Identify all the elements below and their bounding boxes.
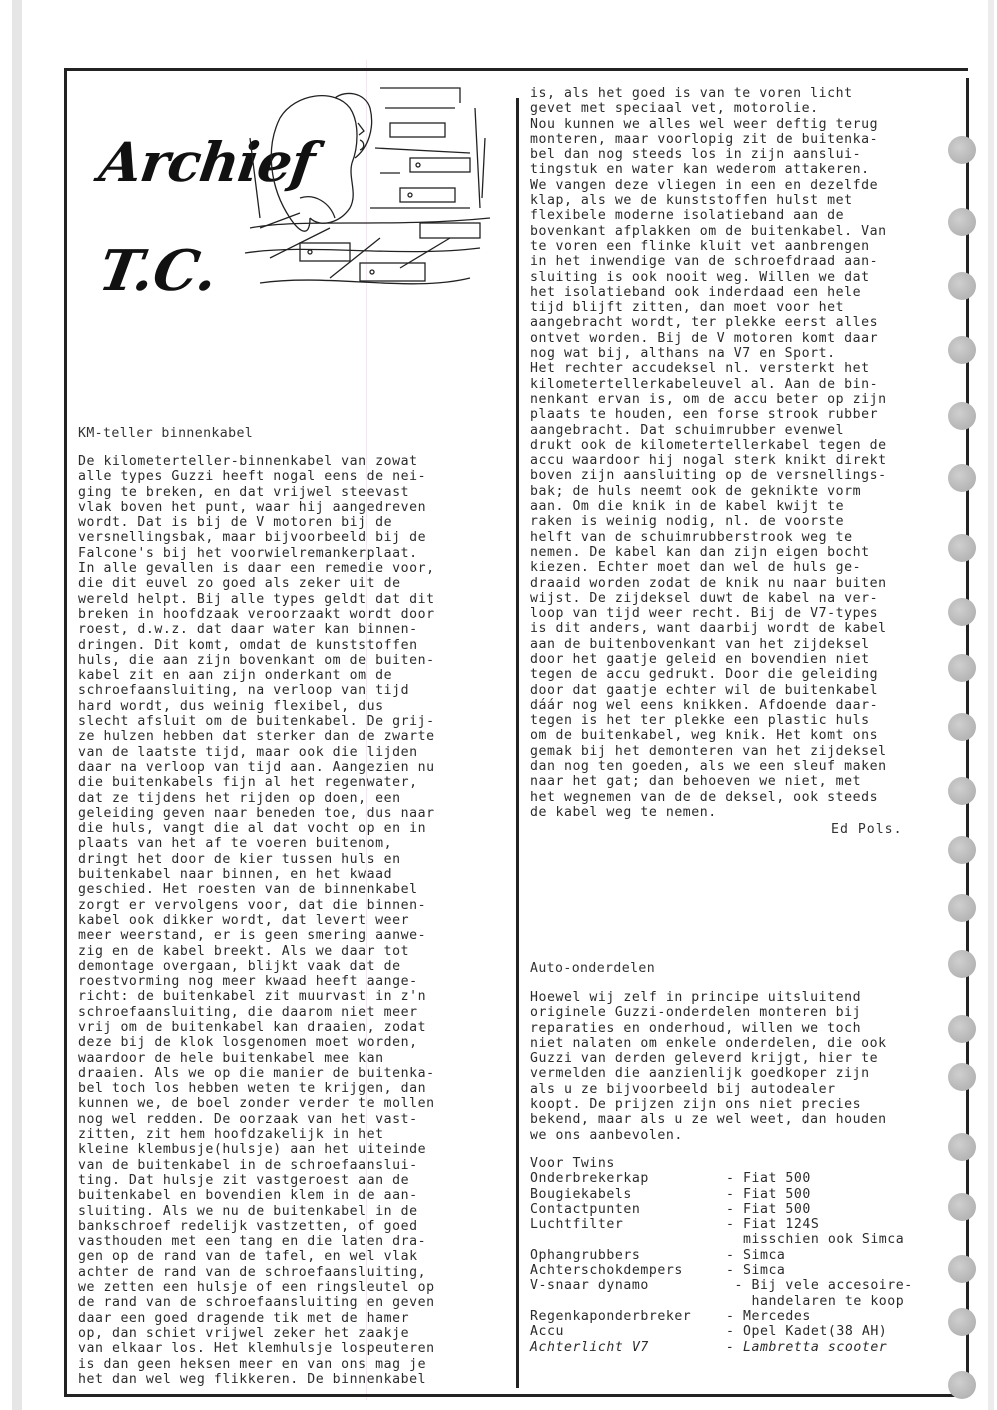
binder-hole-icon [948,836,976,864]
binder-hole-icon [948,1063,976,1091]
text-line: ontvet worden. Bij de V motoren komt daa… [530,331,960,346]
text-line: geschied. Het roesten van de binnenkabel [78,882,512,897]
binder-hole-icon [948,272,976,300]
text-line: is, als het goed is van te voren licht [530,86,960,101]
article-km-teller-right-column: is, als het goed is van te voren lichtge… [530,86,960,820]
parts-list: Voor Twins Onderbrekerkap- Fiat 500Bougi… [530,1156,913,1355]
text-line: Falcone's bij het voorwielremankerplaat. [78,546,512,561]
part-name: Bougiekabels [530,1187,726,1202]
text-line: gemak bij het demonteren van het zijdeks… [530,744,960,759]
text-line: we zetten een hulsje of een ringsleutel … [78,1280,512,1295]
text-line: Nou kunnen we alles wel weer deftig teru… [530,117,960,132]
text-line: loop van tijd weer recht. Bij de V7-type… [530,606,960,621]
parts-row: Onderbrekerkap- Fiat 500 [530,1171,913,1186]
text-line: originele Guzzi-onderdelen monteren bij [530,1005,960,1020]
text-line: vermelden die aanzienlijk goedkoper zijn [530,1066,960,1081]
text-line: kilometertellerkabeleuvel al. Aan de bin… [530,377,960,392]
text-line: wereld helpt. Bij alle types geldt dat d… [78,592,512,607]
text-line: bankschroef redelijk vastzetten, of goed [78,1219,512,1234]
binder-hole-icon [948,402,976,430]
text-line: De kilometerteller-binnenkabel van zowat [78,454,512,469]
parts-row: misschien ook Simca [530,1232,913,1247]
page-edge-right [988,0,994,1410]
text-line: de kabel weg te nemen. [530,805,960,820]
text-line: In alle gevallen is daar een remedie voo… [78,561,512,576]
parts-row: Ophangrubbers- Simca [530,1248,913,1263]
binder-hole-icon [948,1193,976,1221]
text-line: gen op de rand van de tafel, en wel vlak [78,1249,512,1264]
part-source: - Simca [726,1263,785,1278]
part-source: - Opel Kadet(38 AH) [726,1324,887,1339]
text-line: van de laatste tijd, maar ook die lijden [78,745,512,760]
article-heading-auto-onderdelen: Auto-onderdelen [530,961,655,976]
binder-hole-icon [948,1255,976,1283]
title-tc: T.C. [94,238,223,304]
text-line: draaien. Als we op die manier de buitenk… [78,1066,512,1081]
part-name: V-snaar dynamo [530,1278,726,1293]
text-line: monteren, maar voorlopig zit de buitenka… [530,132,960,147]
part-name: Luchtfilter [530,1217,726,1232]
text-line: kunnen we, de boel zonder verder te moll… [78,1096,512,1111]
text-line: ging te breken, en dat vrijwel steevast [78,485,512,500]
parts-row: Achterschokdempers- Simca [530,1263,913,1278]
text-line: we ons aanbevolen. [530,1128,960,1143]
text-line: schroefaansluiting, na verloop van tijd [78,683,512,698]
masthead: Archief T.C. [70,78,510,418]
part-name: Onderbrekerkap [530,1171,726,1186]
text-line: plaats te houden, een forse strook rubbe… [530,407,960,422]
text-line: breken in hoofdzaak veroorzaakt wordt do… [78,607,512,622]
text-line: dat ze tijdens het rijden op doen, een [78,791,512,806]
text-line: zig en de kabel breekt. Als we daar tot [78,944,512,959]
part-name: Achterschokdempers [530,1263,726,1278]
binder-hole-icon [948,208,976,236]
text-line: dringen. Dit komt, omdat de kunststoffen [78,638,512,653]
text-line: gevet met speciaal vet, motorolie. [530,101,960,116]
text-line: roest, d.w.z. dat daar water kan binnen- [78,622,512,637]
text-line: naar het gat; dan behoeven we niet, met [530,774,960,789]
text-line: raken is weinig nodig, nl. de voorste [530,514,960,529]
text-line: tegen de accu gedrukt. Door die geleidin… [530,667,960,682]
binder-hole-icon [948,534,976,562]
parts-row: Contactpunten- Fiat 500 [530,1202,913,1217]
text-line: aangebracht wordt, ter plekke eerst alle… [530,315,960,330]
text-line: klap, als we de kunststoffen hulst met [530,193,960,208]
text-line: dringt het door de kier tussen huls en [78,852,512,867]
text-line: is dan geen heksen meer en van ons mag j… [78,1357,512,1372]
text-line: demontage overgaan, blijkt vaak dat de [78,959,512,974]
text-line: hard wordt, dus weinig flexibel, dus [78,699,512,714]
text-line: slecht afsluit om de buitenkabel. De gri… [78,714,512,729]
text-line: niet nalaten om enkele onderdelen, die o… [530,1036,960,1051]
part-name: Regenkaponderbreker [530,1309,726,1324]
part-source: - Bij vele accesoire- [726,1278,913,1293]
frame-border-bottom [64,1394,968,1397]
article-auto-onderdelen-body: Hoewel wij zelf in principe uitsluitendo… [530,990,960,1143]
text-line: wijst. De zijdeksel duwt de kabel na ver… [530,591,960,606]
part-name: Contactpunten [530,1202,726,1217]
text-line: de rand van de schroefaansluiting en gev… [78,1295,512,1310]
text-line: tijd blijft zitten, dan moet voor het [530,300,960,315]
binder-hole-icon [948,1015,976,1043]
part-name [530,1294,726,1309]
part-source: - Simca [726,1248,785,1263]
binder-hole-icon [948,136,976,164]
part-source: misschien ook Simca [726,1232,904,1247]
author-signature: Ed Pols. [831,822,903,837]
text-line: sluiting is ook nooit weg. Willen we dat [530,270,960,285]
text-line: die buitenkabels fijn al het regenwater, [78,775,512,790]
text-line: bak; de huls neemt ook de geknikte vorm [530,484,960,499]
text-line: als u ze bijvoorbeeld bij autodealer [530,1082,960,1097]
binder-hole-icon [948,950,976,978]
text-line: richt: de buitenkabel zit muurvast in z'… [78,989,512,1004]
text-line: Hoewel wij zelf in principe uitsluitend [530,990,960,1005]
part-source: - Mercedes [726,1309,811,1324]
text-line: meer weerstand, er is geen smering aanwe… [78,928,512,943]
article-heading-km-teller: KM-teller binnenkabel [78,426,253,441]
text-line: sluiting. Als we nu de buitenkabel in de [78,1204,512,1219]
text-line: ze hulzen hebben dat sterker dan de zwar… [78,729,512,744]
text-line: drukt ook de kilometertellerkabel tegen … [530,438,960,453]
text-line: nog wat bij, althans na V7 en Sport. [530,346,960,361]
binder-hole-icon [948,777,976,805]
parts-row: Achterlicht V7- Lambretta scooter [530,1340,913,1355]
text-line: in het inwendige van de schroefdraad aan… [530,254,960,269]
part-source: - Fiat 500 [726,1202,811,1217]
parts-row: Luchtfilter- Fiat 124S [530,1217,913,1232]
text-line: dáár nog wel eens knikken. Afdoende daar… [530,698,960,713]
page-edge-left [12,0,22,1410]
part-source: - Fiat 124S [726,1217,819,1232]
text-line: zitten, zit hem hoofdzakelijk in het [78,1127,512,1142]
text-line: kabel ook dikker wordt, dat levert weer [78,913,512,928]
text-line: bel dan nog steeds los in zijn aanslui- [530,147,960,162]
part-name: Accu [530,1324,726,1339]
binder-hole-icon [948,464,976,492]
binder-hole-icon [948,894,976,922]
text-line: aan. Om die knik in de kabel kwijt te [530,499,960,514]
text-line: schroefaansluiting, die daarom niet meer [78,1005,512,1020]
text-line: flexibele moderne isolatieband aan de [530,208,960,223]
binder-hole-icon [948,654,976,682]
text-line: te voren een flinke kluit vet aanbrengen [530,239,960,254]
text-line: dan nog ten goeden, als we een sleuf mak… [530,759,960,774]
text-line: bovenkant afplakken om de buitenkabel. V… [530,224,960,239]
part-source: - Fiat 500 [726,1171,811,1186]
text-line: die dit euvel zo goed als zeker uit de [78,576,512,591]
text-line: versnellingsbak, maar bijvoorbeeld bij d… [78,530,512,545]
text-line: Guzzi van derden geleverd krijgt, hier t… [530,1051,960,1066]
text-line: door dat gaatje echter wil de buitenkabe… [530,683,960,698]
parts-row: V-snaar dynamo - Bij vele accesoire- [530,1278,913,1293]
text-line: boven zijn aansluiting op de versnelling… [530,468,960,483]
parts-row: Accu- Opel Kadet(38 AH) [530,1324,913,1339]
part-name [530,1232,726,1247]
text-line: Het rechter accudeksel nl. versterkt het [530,361,960,376]
text-line: vasthouden met een tang en die laten dra… [78,1234,512,1249]
binder-hole-icon [948,713,976,741]
text-line: draaid worden zodat de knik nu naar buit… [530,576,960,591]
text-line: bekend, maar als u ze wel weet, dan houd… [530,1112,960,1127]
binder-hole-icon [948,336,976,364]
part-name: Ophangrubbers [530,1248,726,1263]
text-line: deze bij de klok losgenomen moet worden, [78,1035,512,1050]
text-line: We vangen deze vliegen in een en dezelfd… [530,178,960,193]
text-line: nog wel redden. De oorzaak van het vast- [78,1112,512,1127]
text-line: is dit anders, want daarbij wordt de kab… [530,621,960,636]
text-line: nenkant ervan is, om de accu beter op zi… [530,392,960,407]
text-line: buitenkabel en bovendien klem in de aan- [78,1188,512,1203]
text-line: buitenkabel naar binnen, en het kwaad [78,867,512,882]
text-line: op, dan schiet vrijwel zeker het zaakje [78,1326,512,1341]
text-line: helft van de schuimrubberstrook weg te [530,530,960,545]
parts-row: Bougiekabels- Fiat 500 [530,1187,913,1202]
text-line: door het gaatje geleid en bovendien niet [530,652,960,667]
text-line: kabel zit en aan zijn onderkant om de [78,668,512,683]
binder-hole-icon [948,1133,976,1161]
text-line: tingstuk en water kan wederom attakeren. [530,162,960,177]
text-line: daar een goed dragende tik met de hamer [78,1311,512,1326]
frame-border-left [64,68,67,1397]
text-line: nemen. De kabel kan dan zijn eigen bocht [530,545,960,560]
text-line: die huls, vangt die al dat vocht op en i… [78,821,512,836]
text-line: om de buitenkabel, weg knik. Het komt on… [530,728,960,743]
text-line: kiezen. Echter moet dan wel de huls ge- [530,560,960,575]
archivist-illustration-icon [240,78,510,318]
column-divider [516,98,519,1388]
text-line: vlak boven het punt, waar hij aangedreve… [78,500,512,515]
text-line: huls, die aan zijn bovenkant om de buite… [78,653,512,668]
parts-row: Regenkaponderbreker- Mercedes [530,1309,913,1324]
text-line: aangebracht. Dat schuimrubber evenwel [530,423,960,438]
text-line: bel toch los hebben weten te krijgen, da… [78,1081,512,1096]
part-source: handelaren te koop [726,1294,904,1309]
part-source: - Fiat 500 [726,1187,811,1202]
text-line: roestvorming nog meer kwaad heeft aange- [78,974,512,989]
binder-hole-icon [948,1308,976,1336]
text-line: waardoor de hele buitenkabel mee kan [78,1051,512,1066]
text-line: wordt. Dat is bij de V motoren bij de [78,515,512,530]
frame-border-top [64,68,968,71]
text-line: accu waardoor hij nogal sterk knikt dire… [530,453,960,468]
text-line: zorgt er vervolgens voor, dat die binnen… [78,898,512,913]
text-line: koopt. De prijzen zijn ons niet precies [530,1097,960,1112]
parts-row: handelaren te koop [530,1294,913,1309]
text-line: van elkaar los. Het klemhulsje lospeuter… [78,1341,512,1356]
text-line: vrij om de buitenkabel kan draaien, zoda… [78,1020,512,1035]
article-km-teller-left-column: De kilometerteller-binnenkabel van zowat… [78,454,512,1387]
text-line: kleine klembusje(hulsje) aan het uiteind… [78,1142,512,1157]
text-line: alle types Guzzi heeft nogal eens de nei… [78,469,512,484]
text-line: ting. Dat hulsje zit vastgeroest aan de [78,1173,512,1188]
parts-list-heading: Voor Twins [530,1156,913,1171]
text-line: het dan wel weg flikkeren. De binnenkabe… [78,1372,512,1387]
part-name: Achterlicht V7 [530,1340,726,1355]
binder-hole-icon [948,1371,976,1399]
text-line: het wegnemen van de de deksel, ook steed… [530,790,960,805]
text-line: reparaties en onderhoud, willen we toch [530,1021,960,1036]
text-line: het isolatieband ook inderdaad een hele [530,285,960,300]
text-line: aan de buitenbovenkant van het zijdeksel [530,637,960,652]
text-line: daar na verloop van tijd aan. Aangezien … [78,760,512,775]
text-line: achter de rand van de schroefaansluiting… [78,1265,512,1280]
binder-hole-icon [948,598,976,626]
text-line: tegen is het ter plekke een plastic huls [530,713,960,728]
text-line: plaats van het af te voeren buitenom, [78,836,512,851]
text-line: van de buitenkabel in de schroefaanslui- [78,1158,512,1173]
part-source: - Lambretta scooter [726,1340,887,1355]
text-line: geleiding geven naar beneden toe, dus na… [78,806,512,821]
